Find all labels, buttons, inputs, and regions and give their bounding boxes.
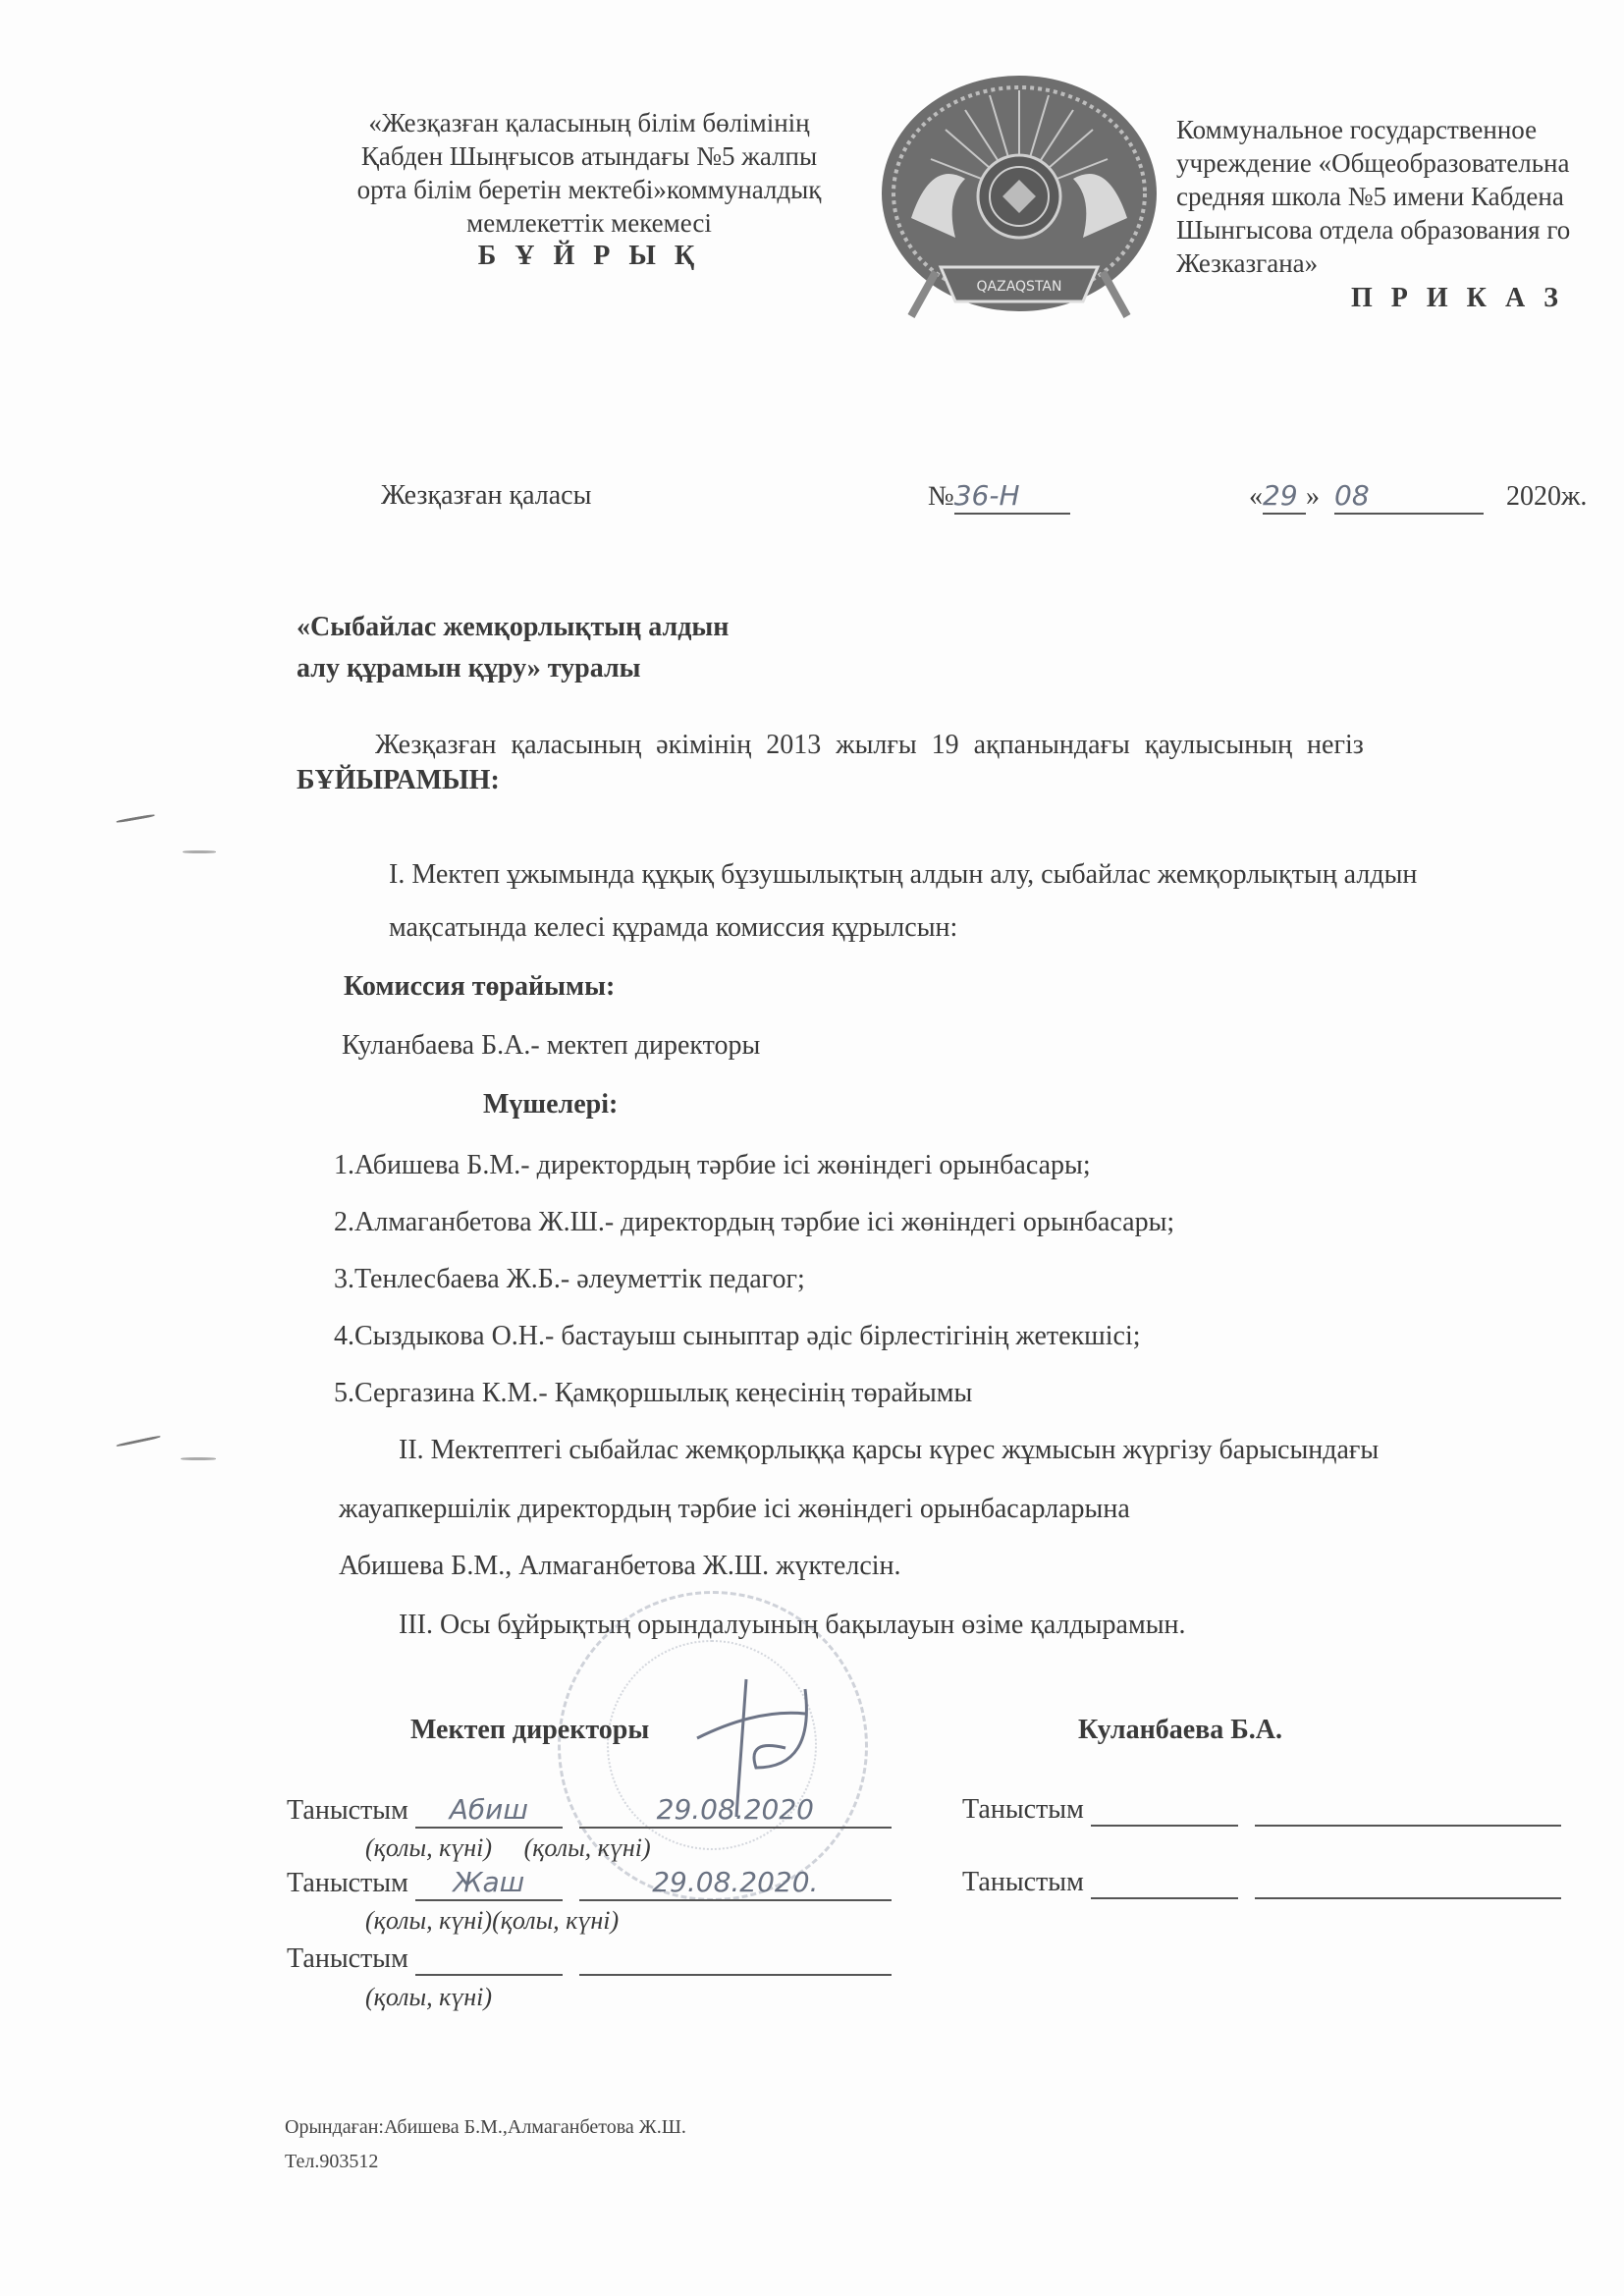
section-1-line-1: I. Мектеп ұжымында құқық бұзушылықтың ал… bbox=[389, 858, 1417, 892]
city: Жезқазған қаласы bbox=[381, 479, 591, 513]
org-line: Жезказгана» bbox=[1176, 246, 1624, 280]
doc-type-ru: П Р И К А З bbox=[1176, 282, 1624, 315]
ack-row-2: Таныстым Жаш 29.08.2020. bbox=[287, 1866, 892, 1901]
header-left-org: «Жезқазған қаласының білім бөлімінің Қаб… bbox=[295, 106, 884, 273]
margin-pen-mark bbox=[116, 814, 155, 824]
org-line: мемлекеттік мекемесі bbox=[295, 206, 884, 240]
ack-date-field[interactable]: 29.08.2020. bbox=[579, 1866, 892, 1901]
state-emblem-icon: QAZAQSTAN bbox=[872, 71, 1166, 355]
order-date: «29» 08 2020ж. bbox=[1249, 479, 1587, 515]
date-day: 29 bbox=[1263, 479, 1306, 515]
org-line: Коммунальное государственное bbox=[1176, 113, 1624, 146]
order-title: «Сыбайлас жемқорлықтың алдын алу құрамын… bbox=[297, 607, 729, 689]
org-line: Қабден Шыңғысов атындағы №5 жалпы bbox=[295, 139, 884, 173]
ack-row-1: Таныстым Абиш 29.08.2020 bbox=[287, 1793, 892, 1829]
org-line: «Жезқазған қаласының білім бөлімінің bbox=[295, 106, 884, 139]
date-year: 2020ж. bbox=[1506, 481, 1587, 512]
section-1-line-2: мақсатында келесі құрамда комиссия құрыл… bbox=[389, 911, 957, 945]
order-number-value: 36-Н bbox=[954, 479, 1070, 515]
org-line: орта білім беретін мектебі»коммуналдық bbox=[295, 173, 884, 206]
ack-caption: (қолы, күні) bbox=[365, 1982, 492, 2012]
margin-pen-mark bbox=[181, 1457, 216, 1460]
phone: Тел.903512 bbox=[285, 2151, 378, 2173]
ack-row-right-1: Таныстым bbox=[962, 1793, 1561, 1827]
ack-date-field[interactable] bbox=[1255, 1868, 1561, 1899]
ack-caption: (қолы, күні)(қолы, күні) bbox=[365, 1905, 619, 1936]
ack-row-right-2: Таныстым bbox=[962, 1866, 1561, 1899]
ack-signature-field[interactable]: Жаш bbox=[415, 1866, 563, 1901]
ack-row-3: Таныстым bbox=[287, 1942, 892, 1976]
org-line: учреждение «Общеобразовательна bbox=[1176, 146, 1624, 180]
ack-date-field[interactable]: 29.08.2020 bbox=[579, 1793, 892, 1829]
ack-caption: (қолы, күні) (қолы, күні) bbox=[365, 1832, 651, 1863]
org-line: Шынгысова отдела образования го bbox=[1176, 213, 1624, 246]
member-item: 5.Сергазина К.М.- Қамқоршылық кеңесінің … bbox=[334, 1377, 972, 1410]
ack-signature-field[interactable] bbox=[1091, 1868, 1238, 1899]
margin-pen-mark bbox=[183, 850, 216, 853]
org-line: средняя школа №5 имени Кабдена bbox=[1176, 180, 1624, 213]
chair-heading: Комиссия төрайымы: bbox=[344, 970, 615, 1004]
chair: Куланбаева Б.А.- мектеп директоры bbox=[342, 1029, 760, 1063]
ack-date-field[interactable] bbox=[1255, 1795, 1561, 1827]
member-item: 2.Алмаганбетова Ж.Ш.- директордың тәрбие… bbox=[334, 1206, 1174, 1239]
margin-pen-mark bbox=[116, 1435, 161, 1447]
signatory-position: Мектеп директоры bbox=[410, 1714, 649, 1747]
ack-signature-field[interactable] bbox=[1091, 1795, 1238, 1827]
doc-type-kz: Б Ұ Й Р Ы Қ bbox=[295, 240, 884, 273]
ack-date-field[interactable] bbox=[579, 1944, 892, 1976]
section-2-line-3: Абишева Б.М., Алмаганбетова Ж.Ш. жүктелс… bbox=[339, 1550, 901, 1583]
header-right-org: Коммунальное государственное учреждение … bbox=[1176, 113, 1624, 315]
signatory-name: Куланбаева Б.А. bbox=[1078, 1714, 1282, 1747]
member-item: 3.Тенлесбаева Ж.Б.- әлеуметтік педагог; bbox=[334, 1263, 805, 1296]
order-number: №36-Н bbox=[928, 479, 1070, 515]
ack-signature-field[interactable]: Абиш bbox=[415, 1793, 563, 1829]
member-item: 4.Сыздыкова О.Н.- бастауыш сыныптар әдіс… bbox=[334, 1320, 1141, 1353]
executor: Орындаған:Абишева Б.М.,Алмаганбетова Ж.Ш… bbox=[285, 2116, 686, 2139]
date-month: 08 bbox=[1334, 479, 1484, 515]
members-heading: Мүшелері: bbox=[483, 1088, 618, 1121]
order-word: БҰЙЫРАМЫН: bbox=[297, 764, 500, 797]
section-2-line-1: II. Мектептегі сыбайлас жемқорлыққа қарс… bbox=[399, 1434, 1379, 1467]
svg-text:QAZAQSTAN: QAZAQSTAN bbox=[977, 279, 1062, 295]
ack-signature-field[interactable] bbox=[415, 1944, 563, 1976]
section-2-line-2: жауапкершілік директордың тәрбие ісі жөн… bbox=[339, 1493, 1130, 1526]
intro-paragraph: Жезқазған қаласының әкімінің 2013 жылғы … bbox=[375, 729, 1364, 762]
member-item: 1.Абишева Б.М.- директордың тәрбие ісі ж… bbox=[334, 1149, 1091, 1182]
